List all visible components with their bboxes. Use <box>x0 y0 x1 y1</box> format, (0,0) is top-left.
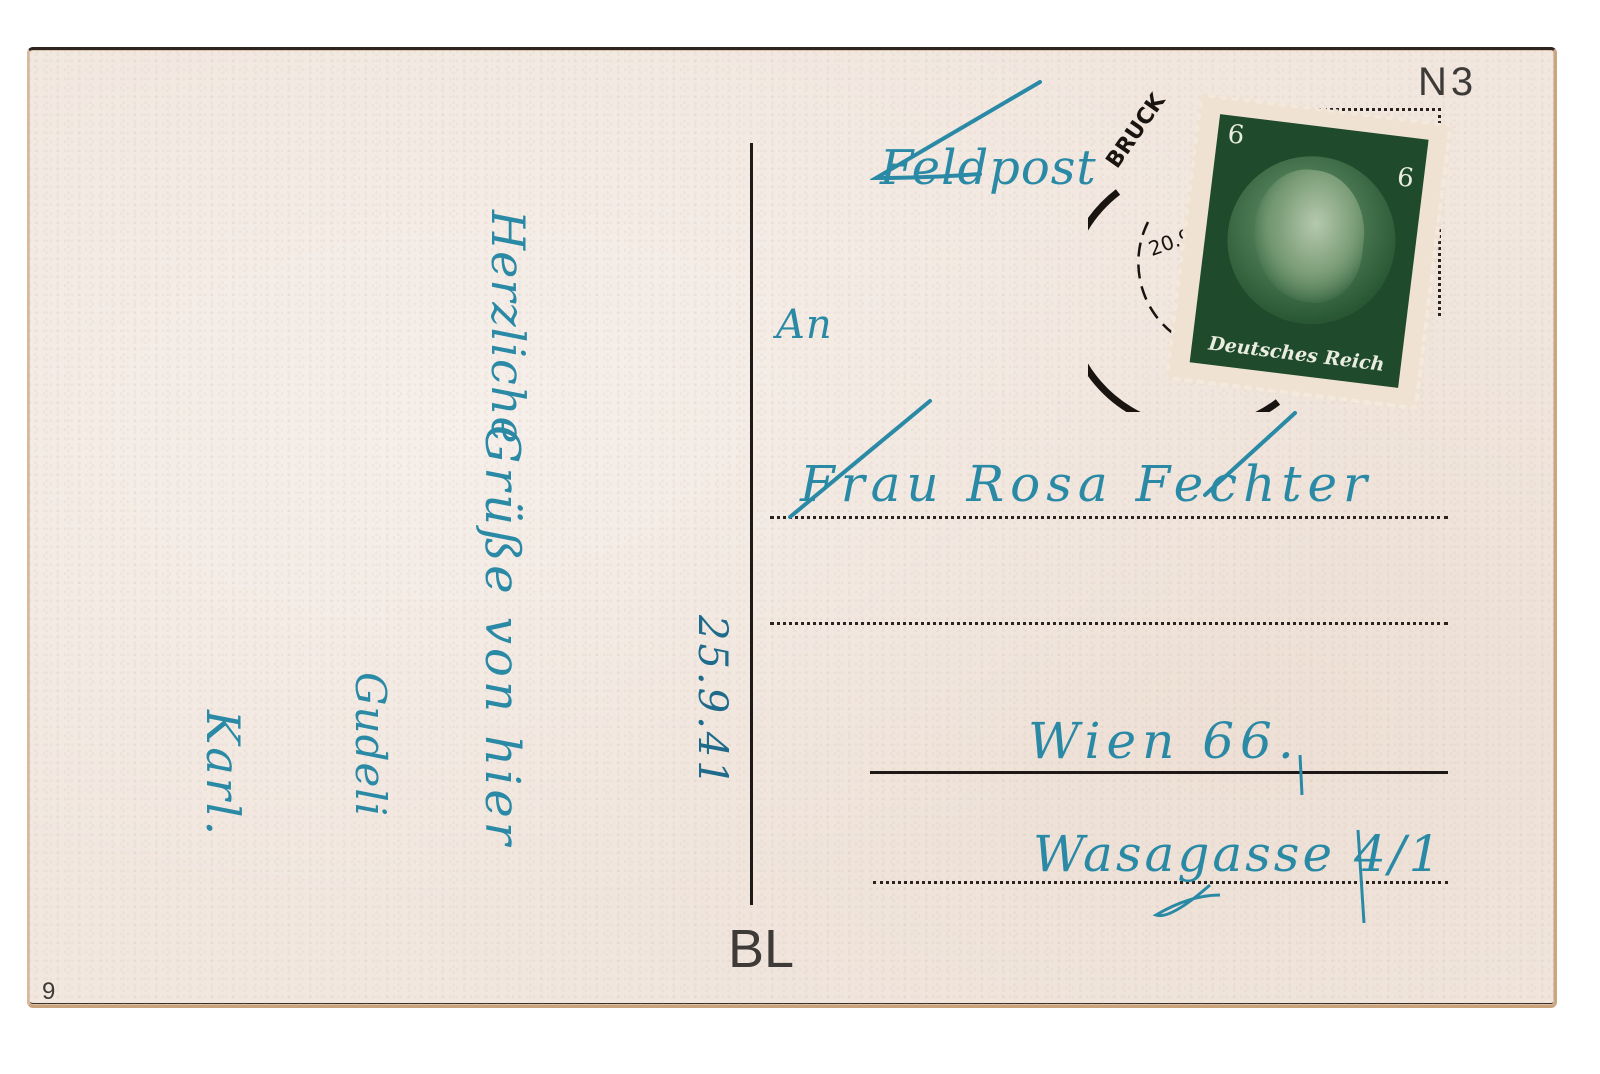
message-greeting-line2: Grüße von hier <box>474 425 530 849</box>
message-date: 25.9.41 <box>689 615 735 789</box>
pencil-mark-bottom-left: 9 <box>42 978 55 1006</box>
postage-stamp: 6 6 Deutsches Reich <box>1170 98 1448 406</box>
signature-line1: Gudeli <box>346 672 395 817</box>
message-greeting-line1: Herzliche <box>481 210 535 445</box>
pencil-mark-bottom-center: BL <box>728 918 794 980</box>
stamp-design: 6 6 Deutsches Reich <box>1190 114 1429 388</box>
stamp-denomination-right: 6 <box>1395 162 1415 194</box>
recipient-flourish <box>780 395 1400 525</box>
pencil-mark-top-right: N3 <box>1418 60 1477 105</box>
to-label: An <box>776 302 833 348</box>
address-line-2 <box>770 622 1448 625</box>
street-flourish <box>1150 745 1390 925</box>
stamp-country-label: Deutsches Reich <box>1197 331 1396 377</box>
stamp-denomination-left: 6 <box>1226 119 1246 151</box>
center-divider-line <box>750 143 753 905</box>
signature-line2: Karl. <box>196 710 250 838</box>
feldpost-flourish <box>870 78 1050 188</box>
